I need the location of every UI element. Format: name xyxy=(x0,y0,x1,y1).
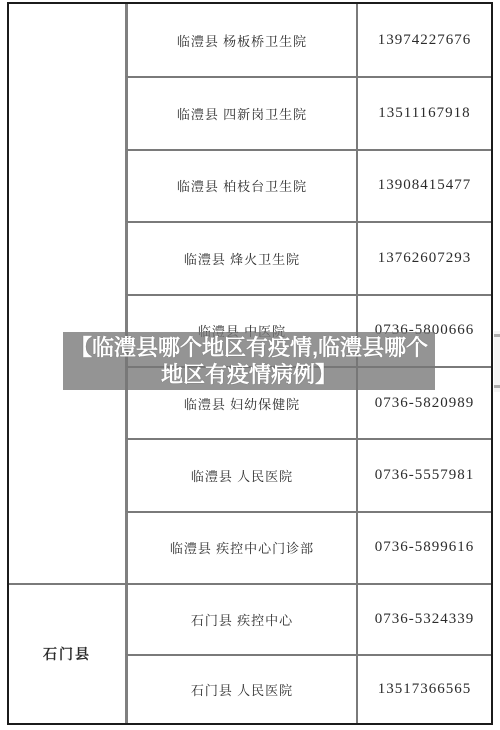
county-group-shimen: 石门县 石门县 疾控中心 0736-5324339 石门县 人民医院 13517… xyxy=(9,583,491,723)
overlay-caption-line1: 【临澧县哪个地区有疫情,临澧县哪个 xyxy=(70,334,428,361)
overlay-caption: 【临澧县哪个地区有疫情,临澧县哪个 地区有疫情病例】 xyxy=(63,332,435,390)
facility-phone: 0736-5324339 xyxy=(356,585,491,654)
facility-name: 临澧县 人民医院 xyxy=(125,438,356,510)
facility-phone: 13974227676 xyxy=(356,4,491,76)
scrollbar-tick-icon xyxy=(494,334,500,337)
facility-name: 临澧县 四新岗卫生院 xyxy=(125,76,356,148)
facility-name: 临澧县 杨板桥卫生院 xyxy=(125,4,356,76)
county-cell-linli xyxy=(9,4,125,583)
facility-phone: 13908415477 xyxy=(356,149,491,221)
facility-name: 临澧县 疾控中心门诊部 xyxy=(125,511,356,583)
county-cell-shimen: 石门县 xyxy=(9,585,125,723)
facility-name: 石门县 疾控中心 xyxy=(125,585,356,654)
facility-name: 临澧县 柏枝台卫生院 xyxy=(125,149,356,221)
facility-phone: 13762607293 xyxy=(356,221,491,293)
page: 临澧县 杨板桥卫生院 13974227676 临澧县 四新岗卫生院 135111… xyxy=(0,0,500,730)
facility-phone: 13517366565 xyxy=(356,654,491,723)
facility-name: 临澧县 烽火卫生院 xyxy=(125,221,356,293)
facility-phone: 0736-5899616 xyxy=(356,511,491,583)
facility-phone: 13511167918 xyxy=(356,76,491,148)
overlay-caption-line2: 地区有疫情病例】 xyxy=(161,361,337,388)
facility-phone: 0736-5557981 xyxy=(356,438,491,510)
facility-name: 石门县 人民医院 xyxy=(125,654,356,723)
scrollbar-thumb[interactable] xyxy=(494,331,500,392)
scrollbar-tick-icon xyxy=(494,385,500,388)
county-group-linli: 临澧县 杨板桥卫生院 13974227676 临澧县 四新岗卫生院 135111… xyxy=(9,4,491,583)
